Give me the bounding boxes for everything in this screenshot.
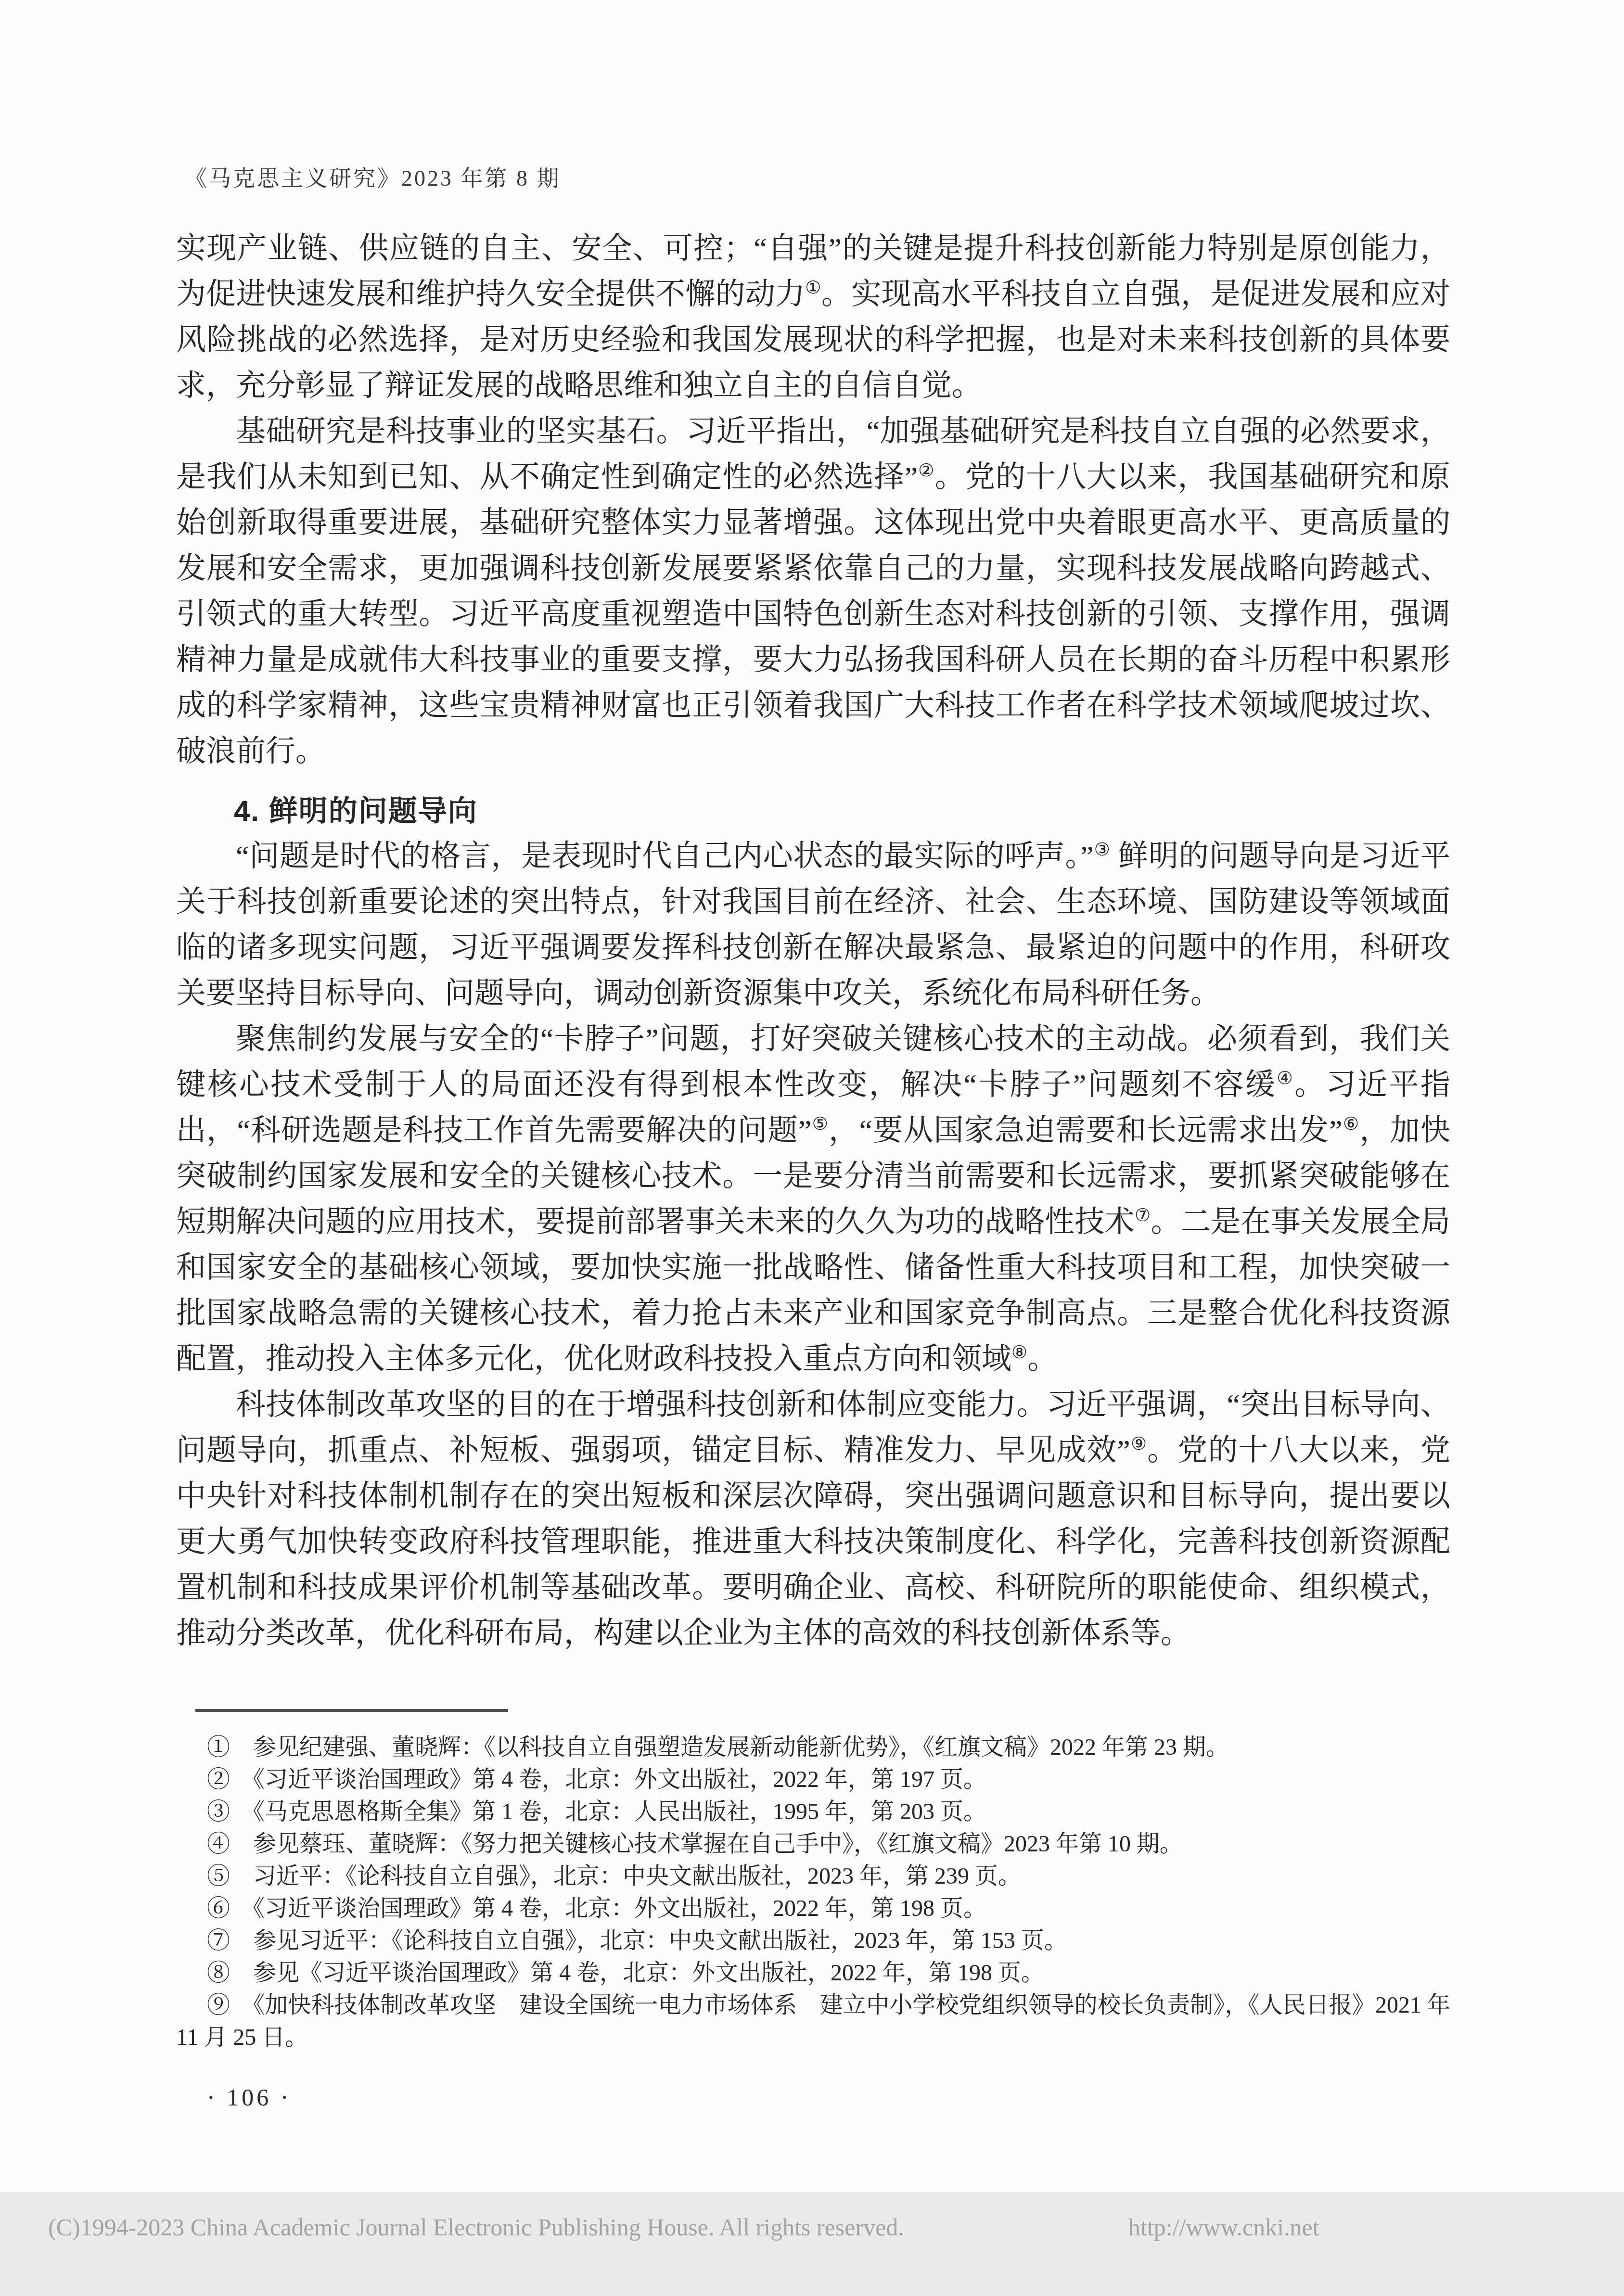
paragraph: “问题是时代的格言，是表现时代自己内心状态的最实际的呼声。”③ 鲜明的问题导向是… [176, 834, 1450, 1017]
article-body: 实现产业链、供应链的自主、安全、可控；“自强”的关键是提升科技创新能力特别是原创… [176, 226, 1450, 1657]
footnote-item: ② 《习近平谈治国理政》第 4 卷，北京：外文出版社，2022 年，第 197 … [176, 1763, 1450, 1796]
footnote-reference: ⑨ [1130, 1434, 1148, 1454]
footnote-reference: ④ [1277, 1069, 1294, 1088]
footnote-item: ⑤ 习近平：《论科技自立自强》，北京：中央文献出版社，2023 年，第 239 … [176, 1860, 1450, 1892]
footer-band: (C)1994-2023 China Academic Journal Elec… [0, 2192, 1624, 2296]
footnote-item: ⑦ 参见习近平：《论科技自立自强》，北京：中央文献出版社，2023 年，第 15… [176, 1925, 1450, 1957]
footnote-reference: ⑥ [1343, 1114, 1360, 1134]
footnote-reference: ⑦ [1135, 1206, 1151, 1225]
journal-page: 《马克思主义研究》2023 年第 8 期 实现产业链、供应链的自主、安全、可控；… [0, 0, 1624, 2296]
footnote-divider [195, 1709, 508, 1712]
paragraph: 基础研究是科技事业的坚实基石。习近平指出，“加强基础研究是科技自立自强的必然要求… [176, 409, 1450, 775]
footnote-item: ⑧ 参见《习近平谈治国理政》第 4 卷，北京：外文出版社，2022 年，第 19… [176, 1957, 1450, 1989]
footnote-list: ① 参见纪建强、董晓辉：《以科技自立自强塑造发展新动能新优势》，《红旗文稿》20… [176, 1731, 1450, 2054]
paragraph: 聚焦制约发展与安全的“卡脖子”问题，打好突破关键核心技术的主动战。必须看到，我们… [176, 1017, 1450, 1382]
footnote-item: ⑨ 《加快科技体制改革攻坚 建设全国统一电力市场体系 建立中小学校党组织领导的校… [176, 1989, 1450, 2054]
footnote-reference: ⑤ [811, 1114, 829, 1134]
section-heading: 4. 鲜明的问题导向 [176, 788, 1450, 834]
page-number: · 106 · [207, 2083, 291, 2111]
footnote-reference: ① [805, 278, 821, 298]
footer-url: http://www.cnki.net [1128, 2213, 1319, 2241]
footnote-reference: ③ [1094, 840, 1111, 860]
footnote-area: ① 参见纪建强、董晓辉：《以科技自立自强塑造发展新动能新优势》，《红旗文稿》20… [176, 1709, 1450, 2054]
footnote-item: ④ 参见蔡珏、董晓辉：《努力把关键核心技术掌握在自己手中》，《红旗文稿》2023… [176, 1828, 1450, 1860]
footnote-item: ③ 《马克思恩格斯全集》第 1 卷，北京：人民出版社，1995 年，第 203 … [176, 1796, 1450, 1828]
footnote-item: ⑥ 《习近平谈治国理政》第 4 卷，北京：外文出版社，2022 年，第 198 … [176, 1892, 1450, 1925]
paragraph: 科技体制改革攻坚的目的在于增强科技创新和体制应变能力。习近平强调，“突出目标导向… [176, 1382, 1450, 1657]
footnote-reference: ② [918, 461, 935, 481]
journal-header: 《马克思主义研究》2023 年第 8 期 [185, 161, 561, 192]
footnote-item: ① 参见纪建强、董晓辉：《以科技自立自强塑造发展新动能新优势》，《红旗文稿》20… [176, 1731, 1450, 1763]
paragraph: 实现产业链、供应链的自主、安全、可控；“自强”的关键是提升科技创新能力特别是原创… [176, 226, 1450, 409]
footer-copyright: (C)1994-2023 China Academic Journal Elec… [48, 2213, 904, 2241]
footnote-reference: ⑧ [1011, 1343, 1027, 1363]
